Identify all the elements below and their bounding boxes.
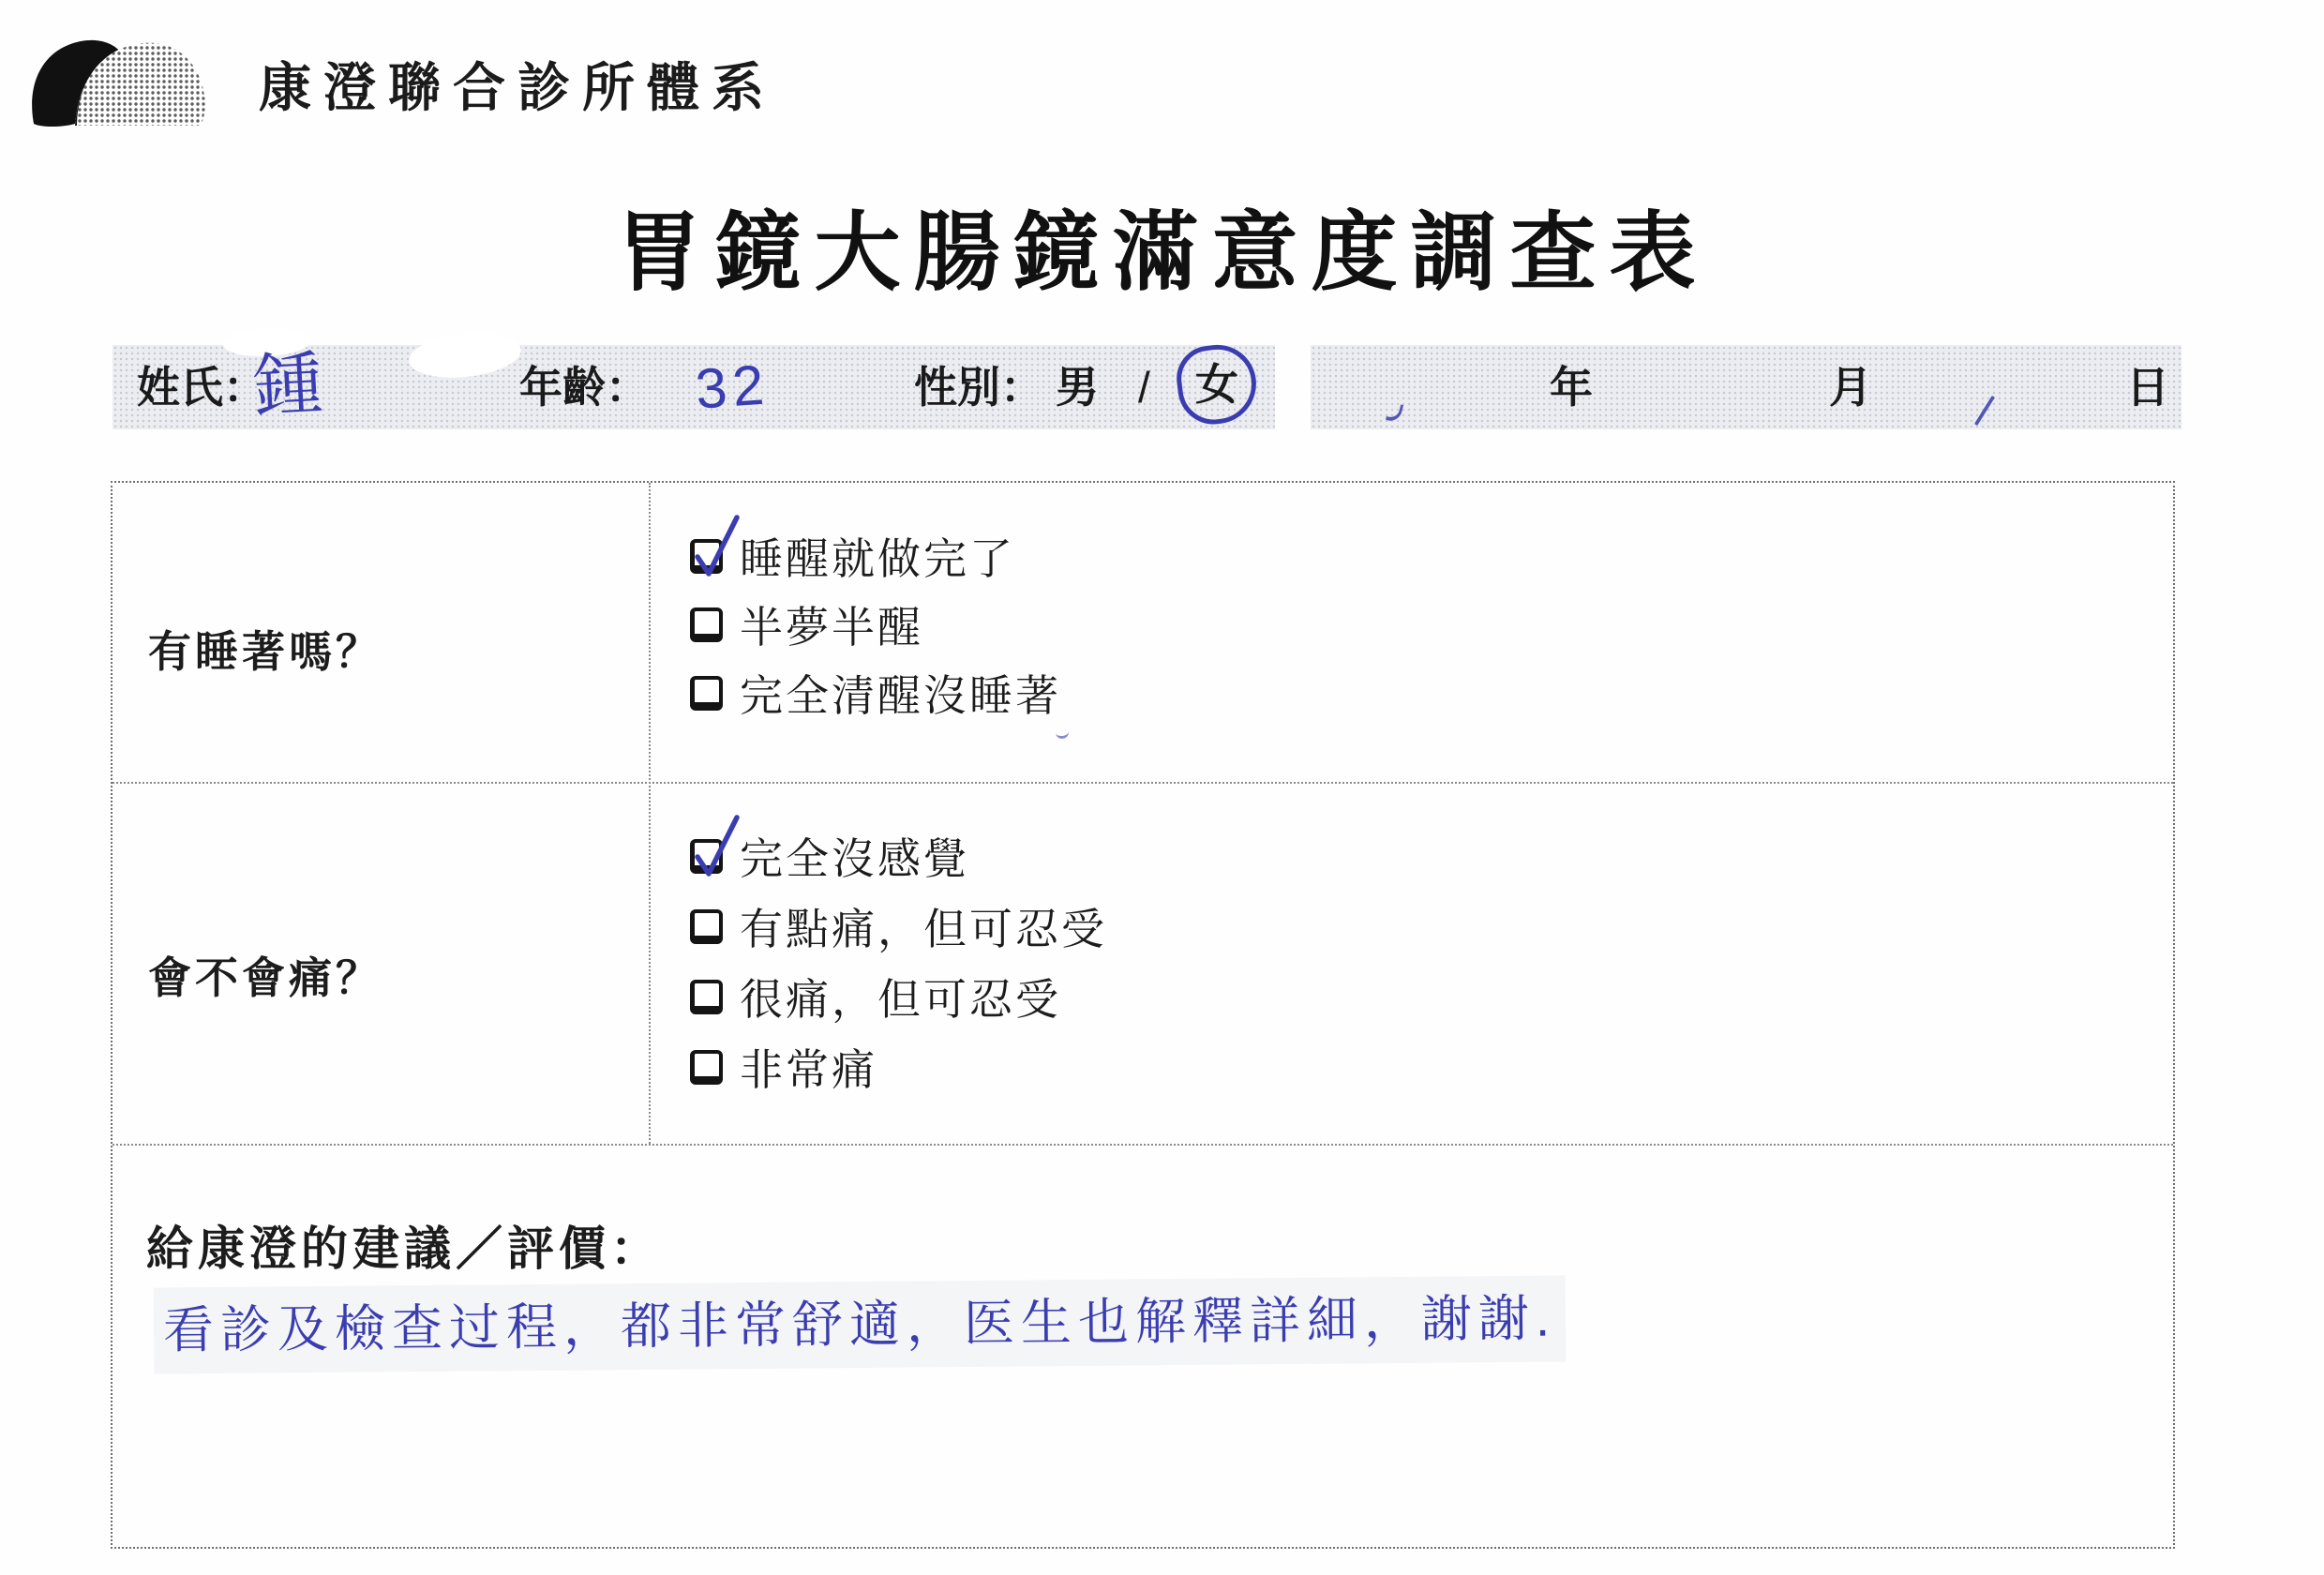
gender-separator: / (1138, 345, 1150, 429)
gender-option-female[interactable]: 女 (1182, 350, 1252, 419)
page-title: 胃鏡大腸鏡滿意度調查表 (0, 184, 2324, 307)
gender-option-male[interactable]: 男 (1056, 345, 1099, 429)
pen-mark (1974, 396, 1995, 427)
option-label: 完全沒感覺 (740, 825, 969, 887)
comments-label: 給康澄的建議／評價： (146, 1211, 662, 1279)
whiteout-patch (407, 328, 523, 382)
checkbox[interactable] (690, 1050, 723, 1085)
option-row: 完全清醒沒睡著 (690, 670, 1061, 715)
scanned-survey-form: 康澄聯合診所體系 胃鏡大腸鏡滿意度調查表 姓氏： 鍾 年齡： 32 性別： 男 … (0, 0, 2324, 1575)
option-label: 有點痛，但可忍受 (740, 895, 1107, 957)
brand-name: 康澄聯合診所體系 (259, 47, 776, 122)
age-field[interactable]: 32 (693, 348, 772, 426)
survey-table: 有睡著嗎？ 睡醒就做完了 半夢半醒 完全清醒沒睡著 會不會痛？ (111, 481, 2175, 1549)
option-row: 非常痛 (690, 1044, 1107, 1089)
date-bar: 年 月 日 (1311, 345, 2182, 429)
month-label: 月 (1829, 345, 1872, 429)
question-options: 完全沒感覺 有點痛，但可忍受 很痛，但可忍受 非常痛 (690, 833, 1107, 1089)
question-label: 有睡著嗎？ (148, 618, 382, 680)
option-row: 很痛，但可忍受 (690, 974, 1107, 1019)
option-label: 非常痛 (740, 1036, 877, 1098)
comments-field[interactable]: 看診及檢查过程，都非常舒適，医生也解釋詳細，謝謝. (154, 1275, 1567, 1373)
checkbox[interactable] (690, 909, 723, 944)
option-row: 有點痛，但可忍受 (690, 904, 1107, 949)
check-mark (686, 812, 744, 885)
option-row: 完全沒感覺 (690, 833, 1107, 878)
pen-mark (1055, 726, 1069, 739)
row-divider (112, 782, 2173, 784)
name-field[interactable]: 鍾 (251, 343, 324, 427)
pen-mark (1386, 401, 1403, 423)
checkbox[interactable] (690, 839, 723, 874)
column-divider (649, 483, 651, 1144)
checkbox[interactable] (690, 539, 723, 574)
gender-label: 性別： (914, 345, 1043, 429)
checkbox[interactable] (690, 607, 723, 642)
option-row: 睡醒就做完了 (690, 533, 1061, 578)
checkbox[interactable] (690, 676, 723, 711)
question-options: 睡醒就做完了 半夢半醒 完全清醒沒睡著 (690, 533, 1061, 715)
row-divider (112, 1144, 2173, 1146)
check-mark (686, 512, 744, 585)
option-label: 完全清醒沒睡著 (740, 662, 1061, 724)
clinic-logo-icon (26, 34, 236, 129)
option-label: 睡醒就做完了 (740, 525, 1015, 587)
day-label: 日 (2126, 345, 2169, 429)
name-label: 姓氏： (137, 345, 266, 429)
option-row: 半夢半醒 (690, 602, 1061, 647)
age-label: 年齡： (519, 345, 649, 429)
question-label: 會不會痛？ (148, 944, 382, 1006)
option-label: 很痛，但可忍受 (740, 966, 1061, 1027)
patient-info-bar: 姓氏： 鍾 年齡： 32 性別： 男 / 女 (112, 345, 1275, 429)
gender-selection-circle: 女 (1173, 340, 1261, 428)
checkbox[interactable] (690, 980, 723, 1014)
option-label: 半夢半醒 (740, 593, 923, 655)
year-label: 年 (1550, 345, 1593, 429)
